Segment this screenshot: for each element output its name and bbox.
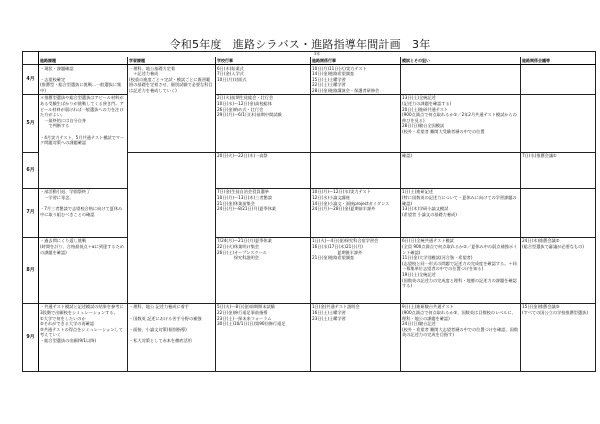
career-events-cell [311, 152, 401, 188]
meetings-cell [521, 94, 596, 152]
table-row-july: 7月 ・部活動引退、学園祭終了 一学習に専念。 ・7月三者懇談で志望校合格に向け… [23, 188, 596, 237]
month-label: 9月 [23, 303, 39, 371]
mock-exams-cell: 確認) [401, 152, 521, 188]
header-school-events: 学校行事 [216, 57, 311, 65]
career-events-cell [311, 94, 401, 152]
meetings-cell [521, 65, 596, 95]
month-label: 7月 [23, 188, 39, 237]
career-events-cell: 10日(月)11日(火)実力テスト 14日(金)進路希望調査 15日(土)土曜学… [311, 65, 401, 95]
mock-exams-cell: 1日(土)進研記述 (特に国数英の記述力について・夏休みに向けての学習課題の確認… [401, 188, 521, 237]
meetings-cell: 7日(水)推薦会議① [521, 152, 596, 188]
table-row-august: 8月 ・過去問にくり返し挑戦 (時間を計り、合格最低点＋αに到達するための課題を… [23, 237, 596, 303]
school-events-cell: 20日(火)～22日(木)一高祭 [216, 152, 311, 188]
mock-exams-cell: 6日(日)全統共通テスト模試 (全員 900点満点で何点取れるか②／夏休み中の弱… [401, 237, 521, 303]
header-career-tasks: 進路課題 [39, 57, 128, 65]
month-label: 5月 [23, 94, 39, 152]
table-row-may: 5月 ＊推薦型選抜や総合型選抜はアピール材料がある受験生ばかりが挑戦してくる狭き… [23, 94, 596, 152]
career-events-cell: 1日(火)～4日(金)探究科合宿学習会 16日(水)17日(木)21日(月) 夏… [311, 237, 401, 303]
career-events-cell: 1日(金)共通テスト説明会 16日(土)土曜学習 23日(土)土曜学習 [311, 303, 401, 371]
header-meetings: 進路関係会議等 [521, 57, 596, 65]
meetings-cell: 15日(金)推薦会議③ (すべての国公立の学校推薦型選抜) [521, 303, 596, 371]
mock-exams-cell [401, 65, 521, 95]
school-events-cell: 2日(火)前期生徒総会・壮行会 10日(水)～12日(金)高校総体 26日(金)… [216, 94, 311, 152]
career-tasks-cell: ・共通テスト模試と記述模試の結果を参考に3段階で出願校をシミュレーションする。 … [39, 303, 128, 371]
study-tasks-cell: ・理科、地公基礎力定着 ＋記述力養成 (校重の進度ごと＋定試・模試ごとに既習範囲… [128, 65, 216, 153]
mock-exams-cell: 9日(土)進研駿台共通テスト (900点満点で何点取れるか③、国数英は目標校のレ… [401, 303, 521, 371]
header-study-tasks: 学習課題 [128, 57, 216, 65]
header-career-events: 進路関係行事 [311, 57, 401, 65]
meetings-cell: 24日(木)推薦会議② (総合型選抜で審議が必要なもの) [521, 237, 596, 303]
study-tasks-cell: ・理科、地公 記述力養成に着手 ・国数英 記述における苦手分野の補強 ・面接、小… [128, 303, 216, 371]
header-mock-exams: 模試とその狙い [401, 57, 521, 65]
school-events-cell: 7/24(月)～21日(月)夏季休業 22日(火)休業明け集会 26日(土)オー… [216, 237, 311, 303]
meetings-cell [521, 188, 596, 237]
career-tasks-cell: ＊推薦型選抜や総合型選抜はアピール材料がある受験生ばかりが挑戦してくる狭き門。ア… [39, 94, 128, 188]
month-label: 6月 [23, 152, 39, 188]
school-events-cell: 6日(木)始業式 7日(金)入学式 10日(月)対面式 [216, 65, 311, 95]
document-title: 令和5年度 進路シラバス・進路指導年間計画 3年 [0, 38, 600, 51]
mock-exams-cell: 13日(土)全統記述 (記述力の課題を確認する) 20日(土)進研共通テスト (… [401, 94, 521, 152]
career-tasks-cell: ・部活動引退、学園祭終了 一学習に専念。 ・7月三者懇談で志望校合格に向けて夏休… [39, 188, 128, 237]
table-row-september: 9月 ・共通テスト模試と記述模試の結果を参考に3段階で出願校をシミュレーションす… [23, 303, 596, 371]
month-header-cell [23, 52, 39, 65]
career-tasks-cell: ・現状・課題確認 ・志望校確定 (推薦型・総合型選抜に挑戦…一般選抜に集中) [39, 65, 128, 95]
career-events-cell: 10日(月)～12日(水)実力テスト 12日(水)小論文講座 14日(金)小論文… [311, 188, 401, 237]
syllabus-table: 3年 進路課題 学習課題 学校行事 進路関係行事 模試とその狙い 進路関係会議等… [22, 51, 596, 372]
month-label: 4月 [23, 65, 39, 95]
career-tasks-cell: ・過去問にくり返し挑戦 (時間を計り、合格最低点＋αに到達するための課題を確認) [39, 237, 128, 303]
school-events-cell: 5日(火)～8日(金)前期期末試験 22日(金)修行遠足事前指導 23日(土)一… [216, 303, 311, 371]
table-row-april: 4月 ・現状・課題確認 ・志望校確定 (推薦型・総合型選抜に挑戦…一般選抜に集中… [23, 65, 596, 95]
school-events-cell: 7日(金)生徒自治会役員選挙 10日(月)～13日(木)三者懇談 21日(金)休… [216, 188, 311, 237]
month-label: 8月 [23, 237, 39, 303]
study-tasks-cell [128, 152, 216, 303]
